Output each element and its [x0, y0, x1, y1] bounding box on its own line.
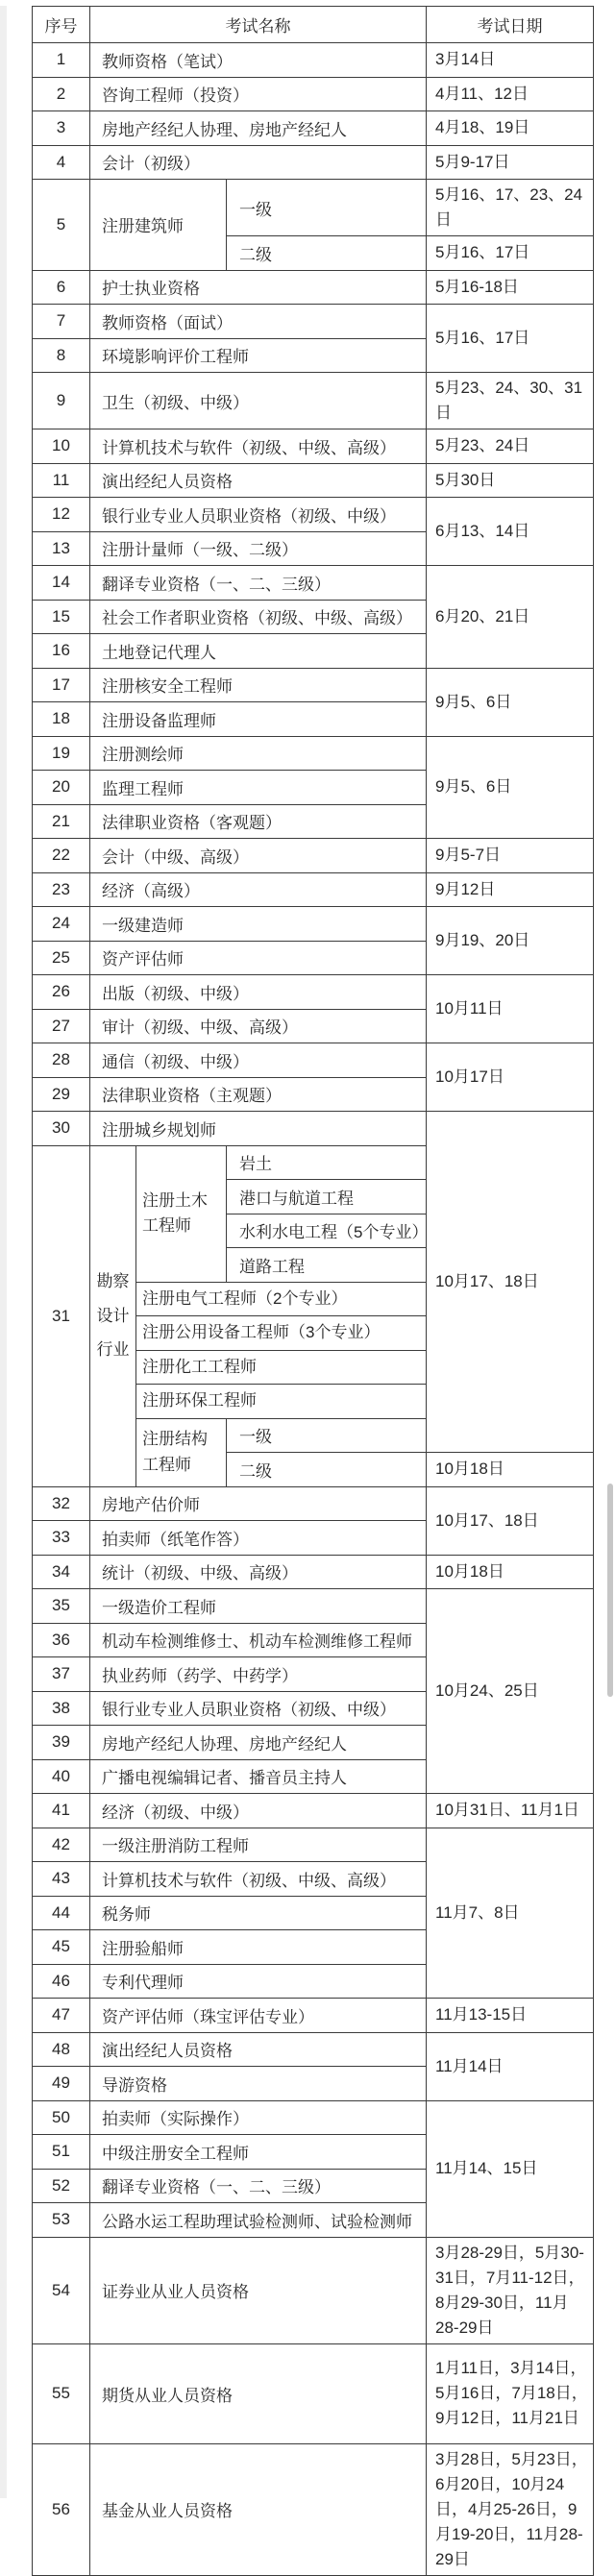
exam-date: 3月14日 [427, 43, 594, 78]
row-num: 42 [33, 1828, 90, 1862]
exam-date: 5月23、24日 [427, 429, 594, 464]
row-num: 40 [33, 1759, 90, 1794]
row-num: 10 [33, 429, 90, 464]
exam-name: 一级建造师 [90, 907, 427, 942]
exam-name: 资产评估师（珠宝评估专业） [90, 1999, 427, 2033]
exam-name: 翻译专业资格（一、二、三级） [90, 566, 427, 601]
table-row: 1 教师资格（笔试） 3月14日 [33, 43, 594, 78]
exam-name: 环境影响评价工程师 [90, 338, 427, 373]
row-num: 7 [33, 305, 90, 339]
table-row: 55 期货从业人员资格 1月11日，3月14日，5月16日，7月18日，9月12… [33, 2343, 594, 2443]
table-row: 50 拍卖师（实际操作） 11月14、15日 [33, 2100, 594, 2135]
exam-name: 专利代理师 [90, 1964, 427, 1999]
exam-name: 注册设备监理师 [90, 702, 427, 737]
table-row: 30 注册城乡规划师 10月17、18日 [33, 1112, 594, 1146]
exam-name: 银行业专业人员职业资格（初级、中级） [90, 1691, 427, 1726]
exam-name: 房地产估价师 [90, 1486, 427, 1521]
exam-name: 出版（初级、中级） [90, 975, 427, 1010]
exam-name: 机动车检测维修士、机动车检测维修工程师 [90, 1623, 427, 1657]
industry-group-label: 勘察设计行业 [90, 1145, 136, 1486]
exam-date: 5月30日 [427, 463, 594, 498]
exam-name: 会计（初级） [90, 145, 427, 180]
exam-name: 拍卖师（实际操作） [90, 2100, 427, 2135]
exam-name: 注册公用设备工程师（3个专业） [136, 1316, 427, 1351]
exam-date: 5月23、24、30、31日 [427, 373, 594, 429]
exam-date: 3月28日，5月23日，6月20日，10月24日，4月25-26日，9月19-2… [427, 2443, 594, 2575]
row-num: 27 [33, 1009, 90, 1043]
row-num: 31 [33, 1145, 90, 1486]
row-num: 39 [33, 1726, 90, 1760]
exam-date: 1月11日，3月14日，5月16日，7月18日，9月12日，11月21日 [427, 2343, 594, 2443]
row-num: 20 [33, 771, 90, 805]
exam-date: 5月16-18日 [427, 270, 594, 305]
exam-name: 中级注册安全工程师 [90, 2135, 427, 2170]
exam-name: 监理工程师 [90, 771, 427, 805]
row-num: 19 [33, 736, 90, 771]
exam-name: 翻译专业资格（一、二、三级） [90, 2169, 427, 2203]
table-row: 54 证券业从业人员资格 3月28-29日，5月30-31日，7月11-12日，… [33, 2237, 594, 2343]
row-num: 29 [33, 1077, 90, 1112]
row-num: 9 [33, 373, 90, 429]
exam-name: 基金从业人员资格 [90, 2443, 427, 2575]
exam-sub-name: 一级 [227, 1418, 427, 1453]
row-num: 35 [33, 1589, 90, 1624]
row-num: 18 [33, 702, 90, 737]
header-row: 序号 考试名称 考试日期 [33, 7, 594, 43]
exam-name: 注册结构工程师 [136, 1418, 227, 1486]
row-num: 34 [33, 1555, 90, 1589]
exam-schedule-table: 序号 考试名称 考试日期 1 教师资格（笔试） 3月14日 2 咨询工程师（投资… [32, 6, 594, 2576]
row-num: 5 [33, 180, 90, 271]
table-row: 34 统计（初级、中级、高级） 10月18日 [33, 1555, 594, 1589]
exam-date: 10月18日 [427, 1555, 594, 1589]
row-num: 6 [33, 270, 90, 305]
table-row: 41 经济（初级、中级） 10月31日、11月1日 [33, 1794, 594, 1828]
row-num: 56 [33, 2443, 90, 2575]
row-num: 17 [33, 668, 90, 702]
table-row: 10 计算机技术与软件（初级、中级、高级） 5月23、24日 [33, 429, 594, 464]
exam-name: 广播电视编辑记者、播音员主持人 [90, 1759, 427, 1794]
row-num: 50 [33, 2100, 90, 2135]
exam-name: 注册土木工程师 [136, 1145, 227, 1282]
row-num: 54 [33, 2237, 90, 2343]
exam-name: 通信（初级、中级） [90, 1043, 427, 1078]
row-num: 21 [33, 804, 90, 839]
scrollbar-thumb[interactable] [607, 1484, 613, 1697]
exam-date: 10月31日、11月1日 [427, 1794, 594, 1828]
page: { "colors": { "page_bg": "#ffffff", "tab… [0, 6, 615, 2498]
exam-date: 10月24、25日 [427, 1589, 594, 1794]
exam-name: 教师资格（笔试） [90, 43, 427, 78]
exam-date: 9月5、6日 [427, 736, 594, 839]
row-num: 3 [33, 111, 90, 146]
exam-name: 会计（中级、高级） [90, 839, 427, 873]
exam-sub-name: 港口与航道工程 [227, 1180, 427, 1214]
row-num: 11 [33, 463, 90, 498]
table-row: 32 房地产估价师 10月17、18日 [33, 1486, 594, 1521]
exam-name: 注册测绘师 [90, 736, 427, 771]
table-row: 56 基金从业人员资格 3月28日，5月23日，6月20日，10月24日，4月2… [33, 2443, 594, 2575]
exam-name: 经济（高级） [90, 872, 427, 907]
row-num: 15 [33, 600, 90, 634]
exam-name: 社会工作者职业资格（初级、中级、高级） [90, 600, 427, 634]
row-num: 12 [33, 498, 90, 532]
exam-sub-name: 二级 [227, 1453, 427, 1487]
row-num: 53 [33, 2203, 90, 2238]
table-row: 7 教师资格（面试） 5月16、17日 [33, 305, 594, 339]
exam-date: 9月5、6日 [427, 668, 594, 736]
row-num: 49 [33, 2067, 90, 2101]
exam-name: 护士执业资格 [90, 270, 427, 305]
exam-date: 9月19、20日 [427, 907, 594, 975]
row-num: 45 [33, 1930, 90, 1965]
table-row: 17 注册核安全工程师 9月5、6日 [33, 668, 594, 702]
table-row: 24 一级建造师 9月19、20日 [33, 907, 594, 942]
exam-date: 10月11日 [427, 975, 594, 1043]
exam-name: 银行业专业人员职业资格（初级、中级） [90, 498, 427, 532]
exam-name: 教师资格（面试） [90, 305, 427, 339]
exam-name: 演出经纪人员资格 [90, 2032, 427, 2067]
table-row: 4 会计（初级） 5月9-17日 [33, 145, 594, 180]
table-row: 3 房地产经纪人协理、房地产经纪人 4月18、19日 [33, 111, 594, 146]
row-num: 22 [33, 839, 90, 873]
exam-name: 执业药师（药学、中药学） [90, 1657, 427, 1692]
exam-sub-name: 水利水电工程（5个专业） [227, 1214, 427, 1248]
header-date: 考试日期 [427, 7, 594, 43]
table-row: 11 演出经纪人员资格 5月30日 [33, 463, 594, 498]
exam-name: 证券业从业人员资格 [90, 2237, 427, 2343]
table-row: 48 演出经纪人员资格 11月14日 [33, 2032, 594, 2067]
exam-date: 5月16、17、23、24日 [427, 180, 594, 236]
exam-sub-name: 岩土 [227, 1145, 427, 1180]
exam-name: 计算机技术与软件（初级、中级、高级） [90, 429, 427, 464]
table-row: 6 护士执业资格 5月16-18日 [33, 270, 594, 305]
row-num: 24 [33, 907, 90, 942]
exam-name: 导游资格 [90, 2067, 427, 2101]
exam-date: 5月16、17日 [427, 236, 594, 271]
exam-name: 计算机技术与软件（初级、中级、高级） [90, 1862, 427, 1897]
table-row: 5 注册建筑师 一级 5月16、17、23、24日 [33, 180, 594, 236]
exam-name: 土地登记代理人 [90, 634, 427, 669]
row-num: 48 [33, 2032, 90, 2067]
table-row: 19 注册测绘师 9月5、6日 [33, 736, 594, 771]
table-row: 42 一级注册消防工程师 11月7、8日 [33, 1828, 594, 1862]
table-row: 22 会计（中级、高级） 9月5-7日 [33, 839, 594, 873]
row-num: 37 [33, 1657, 90, 1692]
exam-date: 4月11、12日 [427, 77, 594, 111]
row-num: 36 [33, 1623, 90, 1657]
row-num: 1 [33, 43, 90, 78]
row-num: 44 [33, 1896, 90, 1930]
exam-date: 6月20、21日 [427, 566, 594, 669]
exam-date: 6月13、14日 [427, 498, 594, 566]
row-num: 14 [33, 566, 90, 601]
table-row: 23 经济（高级） 9月12日 [33, 872, 594, 907]
exam-name: 注册化工工程师 [136, 1350, 427, 1385]
row-num: 51 [33, 2135, 90, 2170]
row-num: 23 [33, 872, 90, 907]
row-num: 33 [33, 1521, 90, 1556]
exam-name: 注册建筑师 [90, 180, 227, 271]
table-row: 12 银行业专业人员职业资格（初级、中级） 6月13、14日 [33, 498, 594, 532]
exam-name: 注册电气工程师（2个专业） [136, 1282, 427, 1316]
exam-name: 公路水运工程助理试验检测师、试验检测师 [90, 2203, 427, 2238]
exam-name: 资产评估师 [90, 941, 427, 975]
exam-name: 一级造价工程师 [90, 1589, 427, 1624]
row-num: 32 [33, 1486, 90, 1521]
exam-name: 经济（初级、中级） [90, 1794, 427, 1828]
exam-date: 11月14、15日 [427, 2100, 594, 2237]
table-row: 26 出版（初级、中级） 10月11日 [33, 975, 594, 1010]
row-num: 38 [33, 1691, 90, 1726]
table-row: 28 通信（初级、中级） 10月17日 [33, 1043, 594, 1078]
row-num: 30 [33, 1112, 90, 1146]
row-num: 16 [33, 634, 90, 669]
exam-name: 注册核安全工程师 [90, 668, 427, 702]
exam-name: 房地产经纪人协理、房地产经纪人 [90, 1726, 427, 1760]
exam-name: 审计（初级、中级、高级） [90, 1009, 427, 1043]
header-num: 序号 [33, 7, 90, 43]
exam-date: 10月17、18日 [427, 1112, 594, 1453]
row-num: 25 [33, 941, 90, 975]
exam-name: 统计（初级、中级、高级） [90, 1555, 427, 1589]
table-row: 47 资产评估师（珠宝评估专业） 11月13-15日 [33, 1999, 594, 2033]
exam-date: 9月5-7日 [427, 839, 594, 873]
row-num: 28 [33, 1043, 90, 1078]
row-num: 55 [33, 2343, 90, 2443]
exam-name: 演出经纪人员资格 [90, 463, 427, 498]
row-num: 41 [33, 1794, 90, 1828]
exam-name: 法律职业资格（主观题） [90, 1077, 427, 1112]
row-num: 47 [33, 1999, 90, 2033]
table-row: 35 一级造价工程师 10月24、25日 [33, 1589, 594, 1624]
exam-name: 税务师 [90, 1896, 427, 1930]
row-num: 43 [33, 1862, 90, 1897]
table-row: 14 翻译专业资格（一、二、三级） 6月20、21日 [33, 566, 594, 601]
row-num: 8 [33, 338, 90, 373]
exam-name: 注册环保工程师 [136, 1385, 427, 1419]
exam-name: 拍卖师（纸笔作答） [90, 1521, 427, 1556]
exam-name: 法律职业资格（客观题） [90, 804, 427, 839]
exam-name: 咨询工程师（投资） [90, 77, 427, 111]
header-name: 考试名称 [90, 7, 427, 43]
exam-name: 注册计量师（一级、二级） [90, 531, 427, 566]
exam-name: 期货从业人员资格 [90, 2343, 427, 2443]
exam-date: 5月16、17日 [427, 305, 594, 373]
row-num: 52 [33, 2169, 90, 2203]
exam-sub-name: 二级 [227, 236, 427, 271]
exam-date: 9月12日 [427, 872, 594, 907]
table-row: 2 咨询工程师（投资） 4月11、12日 [33, 77, 594, 111]
exam-name: 一级注册消防工程师 [90, 1828, 427, 1862]
exam-date: 10月17日 [427, 1043, 594, 1112]
row-num: 2 [33, 77, 90, 111]
row-num: 4 [33, 145, 90, 180]
exam-name: 注册验船师 [90, 1930, 427, 1965]
exam-date: 10月18日 [427, 1453, 594, 1487]
exam-name: 房地产经纪人协理、房地产经纪人 [90, 111, 427, 146]
row-num: 26 [33, 975, 90, 1010]
table-row: 9 卫生（初级、中级） 5月23、24、30、31日 [33, 373, 594, 429]
exam-name: 注册城乡规划师 [90, 1112, 427, 1146]
exam-sub-name: 道路工程 [227, 1248, 427, 1283]
exam-name: 卫生（初级、中级） [90, 373, 427, 429]
exam-sub-name: 一级 [227, 180, 427, 236]
exam-date: 11月7、8日 [427, 1828, 594, 1999]
exam-date: 5月9-17日 [427, 145, 594, 180]
exam-date: 3月28-29日，5月30-31日，7月11-12日，8月29-30日，11月2… [427, 2237, 594, 2343]
exam-date: 10月17、18日 [427, 1486, 594, 1555]
row-num: 13 [33, 531, 90, 566]
exam-date: 11月14日 [427, 2032, 594, 2100]
page-edge-shade [0, 6, 7, 2498]
exam-date: 4月18、19日 [427, 111, 594, 146]
exam-date: 11月13-15日 [427, 1999, 594, 2033]
row-num: 46 [33, 1964, 90, 1999]
